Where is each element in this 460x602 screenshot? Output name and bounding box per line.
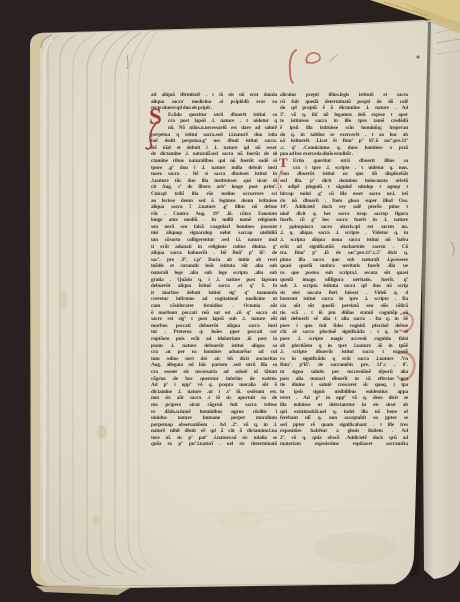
text-line: hircop nolui .gº cū illa esset sacra ue.… — [280, 191, 408, 198]
text-line: ture uī. sic pº patº .l.nature.uī sic nd… — [151, 435, 277, 442]
text-line: sed illa. pº dicit dominus holocausta ar… — [280, 178, 408, 185]
text-line: 14º. Addicietē doch rey salē pterēo pime… — [280, 204, 408, 211]
text-line: Bnuº. pºlōº. de sacramētis pre. 11º.c . … — [280, 362, 408, 369]
text-line: post alia mutari dbuerīt ut cū effectus … — [280, 376, 408, 383]
text-line: .l. scripta aliqua noua sacra istitui nō… — [280, 237, 408, 244]
text-line: tie diuine i salutē cresceret sīc quoq. … — [280, 382, 408, 389]
text-line: 3º. vō q. ibī nō legamus deū expsse t ap… — [280, 112, 408, 119]
text-line: recte uiuere qd duo eis pcipit . — [151, 105, 277, 112]
text-line: Cuicqd tribī illa rōe melius occurrere s… — [151, 191, 277, 198]
text-line: ao fecisse deum sed ā legimus deum istit… — [151, 198, 277, 205]
text-line: cōgrua de hoc queretur inferius de eadem… — [151, 376, 277, 383]
text-line: sacº. pre .9º. c.pº Bacia ab initio ab r… — [151, 257, 277, 264]
text-line: ō morbum peccati reū sat est .cū qº sacr… — [151, 310, 277, 317]
text-line: materiam expssissime repōtaret sacramēta — [280, 441, 408, 448]
right-text-column: alicuius pcepti illius.legis istitutō et… — [280, 92, 408, 448]
text-line: Ertio queritur utrū dbuerit illius sa — [280, 158, 408, 165]
text-line: re dādo.n.lumē hominibus ngrue cōsiliis … — [151, 409, 277, 416]
text-line: Ecūdo queritur utrū dbuerit istitui sa — [151, 112, 277, 119]
text-line: cum cōsideraret feruidius . Octonia aūt — [151, 303, 277, 310]
text-line: t ppinquiora sacro altaris.qd est sacrm … — [280, 224, 408, 231]
text-line: Non dbuerūt istitui ea que dō displicebā… — [280, 171, 408, 178]
text-line: tum solius ueri dei .sic bñ dicit auctor… — [151, 356, 277, 363]
text-line: quēa ex pº puº.l.naturī . uel sic determ… — [151, 441, 277, 448]
text-line: ti erāt adunati in religione cultus diui… — [151, 244, 277, 251]
text-line: cra i tpre .l. scripte . t uidetur q. no… — [280, 165, 408, 172]
text-line: cra post lapsū .l. nature . t uidetur q — [151, 118, 277, 125]
text-line: aliqua sacra habuerūt . Itē Bnūº pº lōº.… — [151, 250, 277, 257]
text-line: qui existimabāt.uel q. iudei illa nō ben… — [280, 409, 408, 416]
text-line: dictamine .l. nature .ut i .sº lō. ostēs… — [151, 389, 277, 396]
text-line: .l. scripte dbuerūt istitui sacra t exps… — [280, 349, 408, 356]
text-line: ē ipsū illa istituisse scīn hominūq; ins… — [280, 125, 408, 132]
text-line: perpetuop obseruatiōem . Ad .2º. vō q. i… — [151, 422, 277, 429]
text-line: tra. Bnuº pº .lō de sacº.pre.11º.c.5º di… — [280, 250, 408, 257]
text-line: naturē nihil dbuit eē qd ā cōt ō dictami… — [151, 428, 277, 435]
text-line: psum .l. nature debuerūt istitui aliqua … — [151, 343, 277, 350]
text-line: mo pcipere .sicut cōgruū fuit sacra isti… — [151, 402, 277, 409]
text-line: rūt . Contra Aug. 19º .lō. cōtra Faustum — [151, 211, 277, 218]
rubric-initial-t-flourish — [272, 168, 286, 194]
text-line: ris nō dbuerīt . Item glosa super illud … — [280, 198, 408, 205]
text-line: .l. q. aliqua sacra .l. scripte . Videtu… — [280, 230, 408, 237]
text-line: erūt ad significatōū eucharistie sacrm .… — [280, 244, 408, 251]
text-line: gratia . Quādo q. i .l. nature post laps… — [151, 277, 277, 284]
text-line: uiuidus nature humane perpet moralium — [151, 415, 277, 422]
text-line: buerunt istitui sacra in tpre .l. script… — [280, 296, 408, 303]
text-line: oā istituerēt .Licet ēt Bnuº pº lōº.ō sa… — [280, 138, 408, 145]
text-line: .c. qº .Conuicimus q. duos homines a pct… — [280, 145, 408, 152]
text-line: Itē nīal et debuit i .l. nature qd nō es… — [151, 145, 277, 152]
text-line: reret . Ad pº in oppº vō q. deus dicit s… — [280, 395, 408, 402]
text-line: ferebant ulī q. non acceptabit ea ppter … — [280, 415, 408, 422]
text-line: cia aūt sūt quedā perslatō seu siōs cōfi… — [280, 303, 408, 310]
text-line: tpore .gº duo i .l. nature nulla debuit … — [151, 165, 277, 172]
text-line: ad aliquā ifirmitatē . t iō eis nō erat … — [151, 92, 277, 99]
text-line: aliqua sacra ī .l.nature .gº illius nō d… — [151, 204, 277, 211]
text-line: pore i quo fuit fides cognitō pfectioē d… — [280, 323, 408, 330]
text-line: cra essent eis necessaria ad salutē uī t… — [151, 369, 277, 376]
text-line: tio scā . t iō pm diūlos statuū cognitōp… — [280, 310, 408, 317]
text-line: creretur infirmus ad cogitationē medicin… — [151, 296, 277, 303]
text-line: debuerūt aliqua īstituī sacra .et qº ē. … — [151, 283, 277, 290]
text-line: rū fuit quedā determinatō pcepti de dō c… — [280, 99, 408, 106]
text-line: it morbus debuit istitui sigº qº mananda — [151, 290, 277, 297]
left-text-column: ad aliquā ifirmitatē . t iō eis nō erat … — [151, 92, 277, 448]
text-line: fuerīt. cū gº hec sacra fuerit in .l. na… — [280, 217, 408, 224]
text-line: ro que postea sub scripta.l. secuta sūt … — [280, 270, 408, 277]
text-line: perpetua q istitui sacra.sed i.l.naturē … — [151, 132, 277, 139]
text-line: do q. in tablius se exercerēt . t ao hoc… — [280, 132, 408, 139]
rubric-initial-s-flourish — [143, 120, 163, 152]
text-line: de dictamine .l. naturalī.sed sacra nō f… — [151, 151, 277, 158]
text-line: aliqua sacra' medicina .si pcipiēdū erat… — [151, 99, 277, 106]
text-line: ab pfectiōem q in tpre .l.nature .iō in … — [280, 343, 408, 350]
text-line: tuere sacra . Itē si sacra dbuisset isti… — [151, 171, 277, 178]
text-line: Ad pº i oppº vō q. pcepta moralia sūt ō — [151, 382, 277, 389]
text-line: um cōsorto colligerentur .sed i.l. natur… — [151, 237, 277, 244]
text-line: pno ad hec exerceda diuīo eruditōt . — [280, 151, 408, 158]
text-line: alicuius pcepti illius.legis istitutō et… — [280, 92, 408, 99]
text-line: tuēdis et curandis hoīs istituta sūt .al… — [151, 263, 277, 270]
text-line: illa noluisse ut delectaretur in eis sic… — [280, 402, 408, 409]
text-line: quedā imago ulīfigura ueritatis. fuerīt.… — [280, 277, 408, 284]
text-line: Aug. allegata ad hāc partem .sed utrū il… — [151, 362, 277, 369]
text-line: sub .l. scripta istituta sacra qd duo nō… — [280, 283, 408, 290]
text-line: ut signa salutis per successiōnē tēporū … — [280, 369, 408, 376]
text-line: naturali lege .alia sub lege scripta .al… — [151, 270, 277, 277]
text-line: longe ante mediū . In nullū nomē religio… — [151, 217, 277, 224]
text-line: nō. Nō mīus.n.necessariū est dare ad sal… — [151, 125, 277, 132]
text-line: ra in significādo q erāt sacra .l.nature… — [280, 356, 408, 363]
book-photo: 16 ad aliquā ifirmitatē . t iō eis nō er… — [0, 0, 460, 602]
text-line: in ipsīs signis uisibilibus euidentius a… — [280, 389, 408, 396]
text-line: nisi aliquop signaculop uelut sacrap uis… — [151, 230, 277, 237]
text-line: t adipē pinguiū t sāguinē uitulop t agno… — [280, 184, 408, 191]
text-line: cra .ut per ea homines adunarēur ad cul — [151, 349, 277, 356]
text-line: pima illa sacra que sub naturali .l.pces… — [280, 257, 408, 264]
text-line: ruptōem pnis erāt ad idolatriam .iō post… — [151, 336, 277, 343]
text-line: sed ppter rē quam significabant . t ille… — [280, 422, 408, 429]
text-line: rūt eē sacra pfectioē significāda . t q.… — [280, 329, 408, 336]
text-line: tui . Preterea q: hoīes pper peccati cor — [151, 329, 277, 336]
text-line: expositōes habētur a glosis ibidem . Ad — [280, 428, 408, 435]
text-line: quasi quedā umbra ueritatis fuerīt .illa… — [280, 263, 408, 270]
text-line: morbus peccati debuerūt aliqua sacra ins… — [151, 323, 277, 330]
text-line: te istituisse sacra in illo tpre tamē cr… — [280, 118, 408, 125]
text-line: ctamine ribus naturalibus qui nō fuerūt … — [151, 158, 277, 165]
text-line: sit nisi uocata fieri fuisset . Videō q.… — [280, 290, 408, 297]
text-line: seu uerā seu falsā coagulari homines pos… — [151, 224, 277, 231]
text-line: dei debuerīt eē alia t alia sacra . Ita … — [280, 316, 408, 323]
text-line: do qd pceptū ē ō dictamine .l. nature . … — [280, 105, 408, 112]
text-line: boī dedit perpetua.gº nec dbuit istitui … — [151, 138, 277, 145]
text-line: pore .l. scripte magis accessit cognitio… — [280, 336, 408, 343]
text-line: sacre rei sigº t post lapsū sub .l. natu… — [151, 316, 277, 323]
text-line: cit Aug. sº de libero arbº longe post pr… — [151, 184, 277, 191]
text-line: .l.nature tūc duo illa instituisset .qui… — [151, 178, 277, 185]
text-line: uiuē dicit q. hec sacra nrop sacrop figu… — [280, 211, 408, 218]
text-line: non sic aūt sacra .t iō sic oportuit ea … — [151, 395, 277, 402]
text-line: 2º. vō q. quia obscō .Addicietē doch qrū… — [280, 435, 408, 442]
